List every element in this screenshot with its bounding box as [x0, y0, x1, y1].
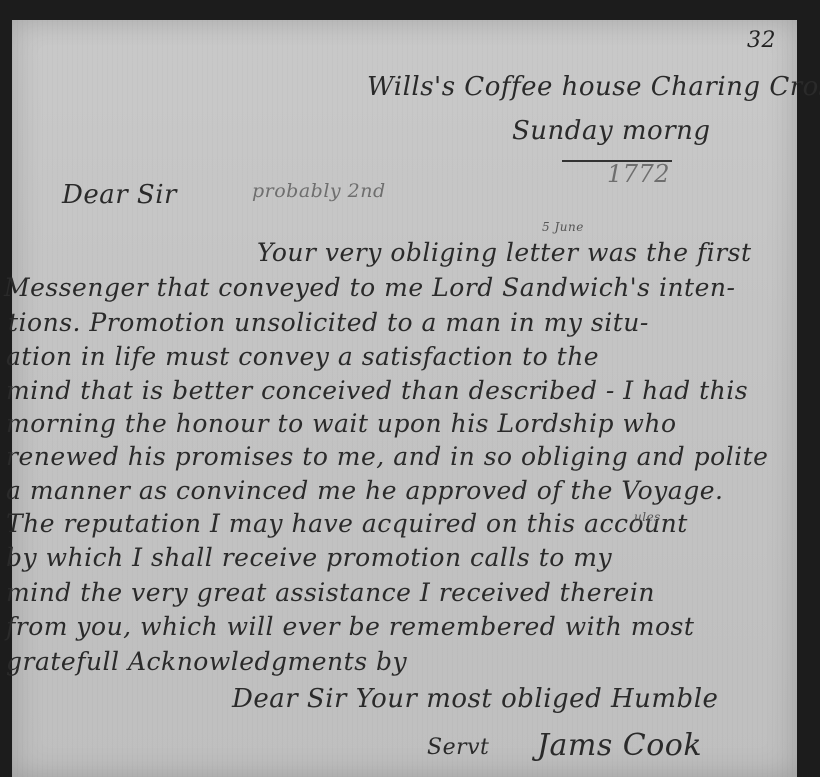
manuscript-page: 32 Wills's Coffee house Charing Cross Su…: [12, 20, 797, 777]
correction-insert: ules: [634, 510, 661, 524]
signature: Jams Cook: [537, 728, 702, 763]
pencil-note: probably 2nd: [252, 180, 386, 202]
closing-servant: Servt: [427, 735, 489, 760]
body-line-3: tions. Promotion unsolicited to a man in…: [8, 308, 649, 337]
body-line-10: by which I shall receive promotion calls…: [6, 543, 612, 572]
body-line-7: renewed his promises to me, and in so ob…: [6, 442, 768, 471]
body-line-13: gratefull Acknowledgments by: [6, 647, 407, 676]
salutation: Dear Sir: [62, 180, 177, 210]
body-line-9: The reputation I may have acquired on th…: [6, 509, 688, 538]
letter-day: Sunday morng: [512, 116, 711, 146]
letter-location: Wills's Coffee house Charing Cross: [367, 72, 820, 102]
closing-line: Dear Sir Your most obliged Humble: [232, 684, 718, 714]
body-line-8: a manner as convinced me he approved of …: [6, 476, 723, 505]
body-line-12: from you, which will ever be remembered …: [6, 612, 694, 641]
body-line-2: Messenger that conveyed to me Lord Sandw…: [4, 273, 735, 302]
body-line-6: morning the honour to wait upon his Lord…: [6, 409, 677, 438]
page-number: 32: [747, 28, 776, 53]
body-line-4: ation in life must convey a satisfaction…: [6, 342, 599, 371]
body-line-1: Your very obliging letter was the first: [257, 238, 752, 267]
body-line-5: mind that is better conceived than descr…: [6, 376, 748, 405]
date-insert: 5 June: [542, 220, 584, 234]
archival-year: 1772: [607, 160, 670, 188]
body-line-11: mind the very great assistance I receive…: [6, 578, 655, 607]
